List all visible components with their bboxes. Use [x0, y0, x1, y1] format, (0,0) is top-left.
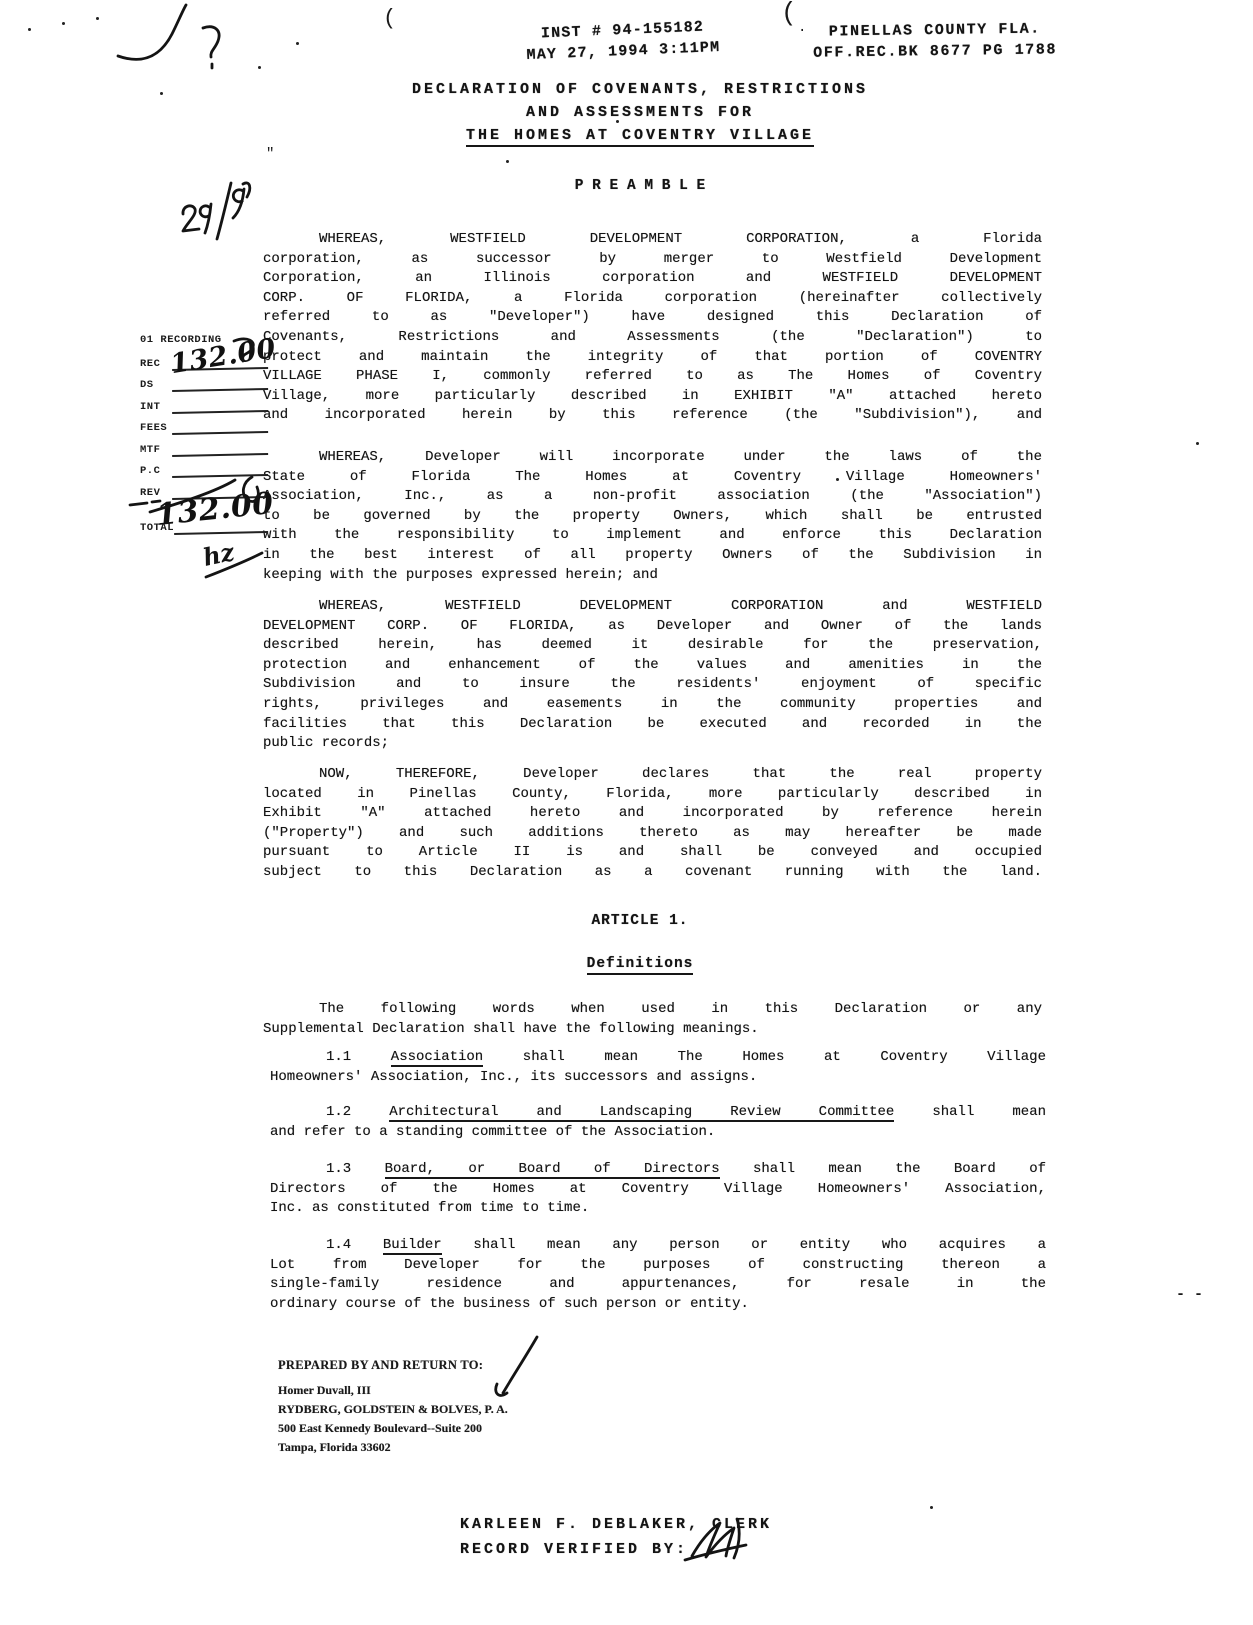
- photocopy-speck: [28, 28, 31, 31]
- photocopy-speck: [616, 120, 619, 123]
- text-line: DEVELOPMENT CORP. OF FLORIDA, as Develop…: [263, 617, 1042, 637]
- text-line: Inc. as constituted from time to time.: [270, 1199, 1046, 1219]
- photocopy-speck: [1196, 442, 1199, 445]
- fee-label-ds: DS: [140, 379, 172, 391]
- fee-blank-line: [172, 440, 268, 456]
- paragraph-whereas-3: WHEREAS, WESTFIELD DEVELOPMENT CORPORATI…: [263, 597, 1042, 754]
- text-line: protection and enhancement of the values…: [263, 656, 1042, 676]
- text-line: 1.3 Board, or Board of Directors shall m…: [270, 1160, 1046, 1180]
- definition-1-2: 1.2 Architectural and Landscaping Review…: [270, 1103, 1046, 1142]
- text-line: pursuant to Article II is and shall be c…: [263, 843, 1042, 863]
- handwritten-margin-scribble: [183, 183, 250, 239]
- fee-label-mtf: MTF: [140, 444, 172, 456]
- text-line: Exhibit "A" attached hereto and incorpor…: [263, 804, 1042, 824]
- photocopy-speck: [296, 42, 299, 45]
- clerk-name-line: KARLEEN F. DEBLAKER, CLERK: [460, 1512, 772, 1537]
- text-line: and incorporated herein by this referenc…: [263, 406, 1042, 426]
- document-title: DECLARATION OF COVENANTS, RESTRICTIONS A…: [290, 78, 990, 147]
- prepared-by-block: PREPARED BY AND RETURN TO: Homer Duvall,…: [278, 1356, 508, 1457]
- text-line: State of Florida The Homes at Coventry V…: [263, 468, 1042, 488]
- text-line: facilities that this Declaration be exec…: [263, 715, 1042, 735]
- fee-row-fees: FEES: [140, 413, 268, 435]
- fee-label-fees: FEES: [140, 422, 172, 434]
- text-line: 1.1 Association shall mean The Homes at …: [270, 1048, 1046, 1068]
- title-line-2: AND ASSESSMENTS FOR: [290, 101, 990, 124]
- prepared-by-name: Homer Duvall, III: [278, 1381, 508, 1400]
- paragraph-whereas-1: WHEREAS, WESTFIELD DEVELOPMENT CORPORATI…: [263, 230, 1042, 426]
- fee-blank-line: [172, 397, 268, 413]
- fee-label-int: INT: [140, 401, 172, 413]
- fee-label-rec: REC: [140, 358, 172, 370]
- text-line: Village, more particularly described in …: [263, 387, 1042, 407]
- text-line: referred to as "Developer") have designe…: [263, 308, 1042, 328]
- text-line: Lot from Developer for the purposes of c…: [270, 1256, 1046, 1276]
- prepared-by-address: 500 East Kennedy Boulevard--Suite 200: [278, 1419, 508, 1438]
- fee-blank-line: [172, 462, 268, 478]
- handwritten-swoosh-mark: [118, 5, 186, 59]
- definition-1-3: 1.3 Board, or Board of Directors shall m…: [270, 1160, 1046, 1219]
- title-line-3: THE HOMES AT COVENTRY VILLAGE: [290, 124, 990, 147]
- instrument-stamp: INST # 94-155182 MAY 27, 1994 3:11PM: [467, 14, 778, 69]
- text-line: VILLAGE PHASE I, commonly referred to as…: [263, 367, 1042, 387]
- stray-dash-mark: - -: [1176, 1286, 1203, 1303]
- text-line: rights, privileges and easements in the …: [263, 695, 1042, 715]
- text-line: described herein, has deemed it desirabl…: [263, 636, 1042, 656]
- definition-1-4: 1.4 Builder shall mean any person or ent…: [270, 1236, 1046, 1314]
- stray-period-mark: .: [798, 20, 806, 36]
- clerk-verification: KARLEEN F. DEBLAKER, CLERK RECORD VERIFI…: [460, 1512, 772, 1562]
- text-line: subject to this Declaration as a covenan…: [263, 863, 1042, 883]
- text-line: single-family residence and appurtenance…: [270, 1275, 1046, 1295]
- handwritten-question-hook: [203, 27, 219, 68]
- photocopy-speck: [258, 66, 261, 69]
- text-line: The following words when used in this De…: [263, 1000, 1042, 1020]
- text-line: to be governed by the property Owners, w…: [263, 507, 1042, 527]
- text-line: Supplemental Declaration shall have the …: [263, 1020, 1042, 1040]
- fee-stamp: 01 RECORDING REC DS INT FEES MTF P.C REV: [140, 334, 268, 534]
- text-line: Corporation, an Illinois corporation and…: [263, 269, 1042, 289]
- prepared-by-city: Tampa, Florida 33602: [278, 1438, 508, 1457]
- text-line: corporation, as successor by merger to W…: [263, 250, 1042, 270]
- fee-blank-line: [172, 419, 268, 435]
- stray-paren-mark: (: [781, 0, 797, 28]
- photocopy-speck: [96, 17, 99, 20]
- photocopy-speck: [62, 22, 65, 25]
- preamble-heading: P R E A M B L E: [290, 178, 990, 194]
- stray-paren-mark: (: [383, 6, 396, 31]
- photocopy-speck: [930, 1506, 933, 1509]
- text-line: ordinary course of the business of such …: [270, 1295, 1046, 1315]
- text-line: CORP. OF FLORIDA, a Florida corporation …: [263, 289, 1042, 309]
- fee-blank-line: [172, 376, 268, 392]
- county-record-stamp: PINELLAS COUNTY FLA. OFF.REC.BK 8677 PG …: [770, 18, 1101, 65]
- text-line: WHEREAS, WESTFIELD DEVELOPMENT CORPORATI…: [263, 230, 1042, 250]
- paragraph-whereas-2: WHEREAS, Developer will incorporate unde…: [263, 448, 1042, 585]
- text-line: with the responsibility to implement and…: [263, 526, 1042, 546]
- text-line: Covenants, Restrictions and Assessments …: [263, 328, 1042, 348]
- fee-row-pc: P.C: [140, 456, 268, 478]
- text-line: Homeowners' Association, Inc., its succe…: [270, 1068, 1046, 1088]
- text-line: 1.2 Architectural and Landscaping Review…: [270, 1103, 1046, 1123]
- text-line: Subdivision and to insure the residents'…: [263, 675, 1042, 695]
- text-line: located in Pinellas County, Florida, mor…: [263, 785, 1042, 805]
- text-line: 1.4 Builder shall mean any person or ent…: [270, 1236, 1046, 1256]
- book-page-ref: OFF.REC.BK 8677 PG 1788: [770, 39, 1100, 65]
- text-line: protect and maintain the integrity of th…: [263, 348, 1042, 368]
- text-line: ("Property") and such additions thereto …: [263, 824, 1042, 844]
- photocopy-speck: [160, 92, 163, 95]
- definitions-heading-text: Definitions: [587, 956, 694, 975]
- text-line: Directors of the Homes at Coventry Villa…: [270, 1180, 1046, 1200]
- handwritten-initials-margin: hz: [200, 537, 236, 572]
- paragraph-now-therefore: NOW, THEREFORE, Developer declares that …: [263, 765, 1042, 883]
- record-verified-line: RECORD VERIFIED BY:: [460, 1537, 772, 1562]
- fee-row-mtf: MTF: [140, 434, 268, 456]
- text-line: public records;: [263, 734, 1042, 754]
- text-line: keeping with the purposes expressed here…: [263, 566, 1042, 586]
- text-line: in the best interest of all property Own…: [263, 546, 1042, 566]
- prepared-by-firm: RYDBERG, GOLDSTEIN & BOLVES, P. A.: [278, 1400, 508, 1419]
- text-line: and refer to a standing committee of the…: [270, 1123, 1046, 1143]
- photocopy-speck: [836, 478, 839, 481]
- text-line: WHEREAS, WESTFIELD DEVELOPMENT CORPORATI…: [263, 597, 1042, 617]
- fee-label-pc: P.C: [140, 465, 172, 477]
- photocopy-speck: [506, 160, 509, 163]
- scanned-document-page: INST # 94-155182 MAY 27, 1994 3:11PM PIN…: [0, 0, 1253, 1625]
- article-1-heading: ARTICLE 1.: [290, 913, 990, 929]
- text-line: NOW, THEREFORE, Developer declares that …: [263, 765, 1042, 785]
- fee-row-int: INT: [140, 391, 268, 413]
- text-line: WHEREAS, Developer will incorporate unde…: [263, 448, 1042, 468]
- prepared-by-label: PREPARED BY AND RETURN TO:: [278, 1356, 508, 1375]
- text-line: Association, Inc., as a non-profit assoc…: [263, 487, 1042, 507]
- definitions-heading: Definitions: [290, 956, 990, 972]
- definition-1-1: 1.1 Association shall mean The Homes at …: [270, 1048, 1046, 1087]
- definitions-intro: The following words when used in this De…: [263, 1000, 1042, 1039]
- title-line-1: DECLARATION OF COVENANTS, RESTRICTIONS: [290, 78, 990, 101]
- stray-quote-mark: ": [266, 146, 274, 162]
